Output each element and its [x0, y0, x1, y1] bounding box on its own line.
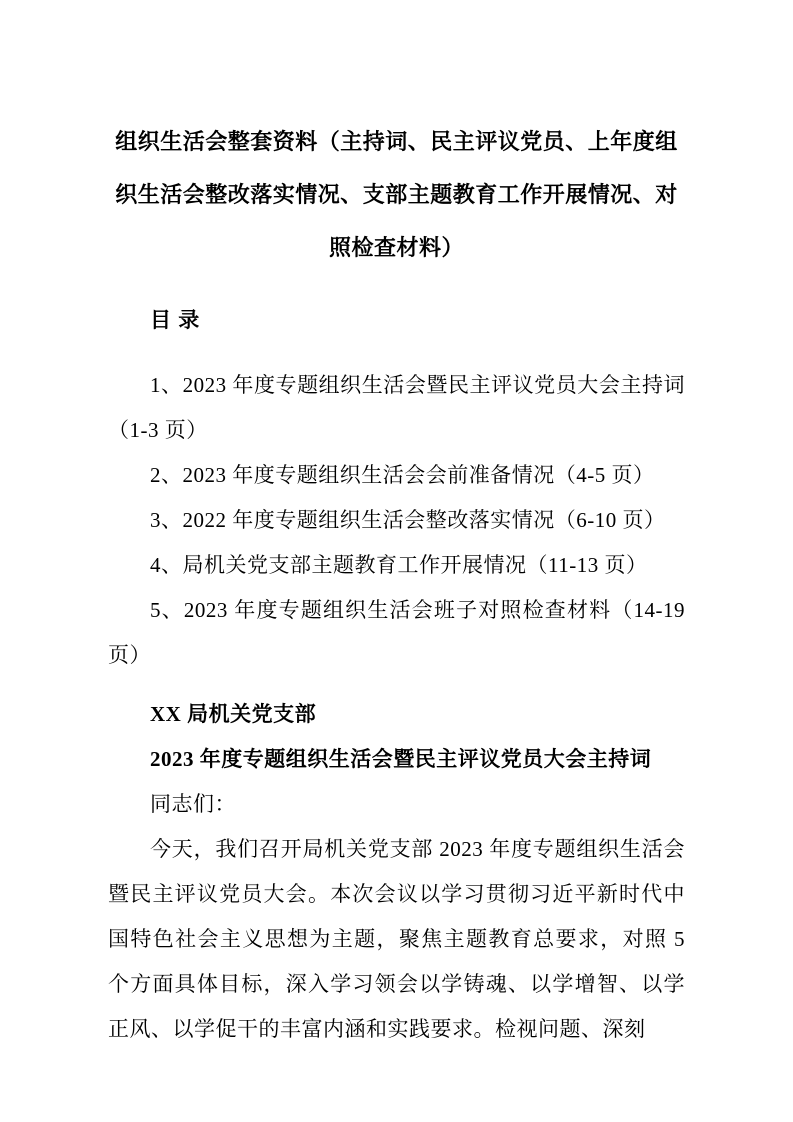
section-heading: 2023 年度专题组织生活会暨民主评议党员大会主持词 — [108, 737, 685, 782]
toc-item: 1、2023 年度专题组织生活会暨民主评议党员大会主持词（1-3 页） — [108, 363, 685, 453]
toc-item: 4、局机关党支部主题教育工作开展情况（11-13 页） — [108, 543, 685, 588]
org-name: XX 局机关党支部 — [108, 692, 685, 737]
toc-item: 5、2023 年度专题组织生活会班子对照检查材料（14-19 页） — [108, 588, 685, 678]
body-paragraph: 今天，我们召开局机关党支部 2023 年度专题组织生活会暨民主评议党员大会。本次… — [108, 827, 685, 1052]
toc-list: 1、2023 年度专题组织生活会暨民主评议党员大会主持词（1-3 页） 2、20… — [108, 363, 685, 678]
toc-item: 3、2022 年度专题组织生活会整改落实情况（6-10 页） — [108, 498, 685, 543]
section-host-speech: XX 局机关党支部 2023 年度专题组织生活会暨民主评议党员大会主持词 同志们… — [108, 692, 685, 1052]
toc-heading: 目 录 — [108, 298, 685, 343]
toc-item: 2、2023 年度专题组织生活会会前准备情况（4-5 页） — [108, 453, 685, 498]
document-title: 组织生活会整套资料（主持词、民主评议党员、上年度组织生活会整改落实情况、支部主题… — [108, 115, 685, 274]
salutation: 同志们： — [108, 782, 685, 827]
document-page: 组织生活会整套资料（主持词、民主评议党员、上年度组织生活会整改落实情况、支部主题… — [0, 0, 793, 1122]
